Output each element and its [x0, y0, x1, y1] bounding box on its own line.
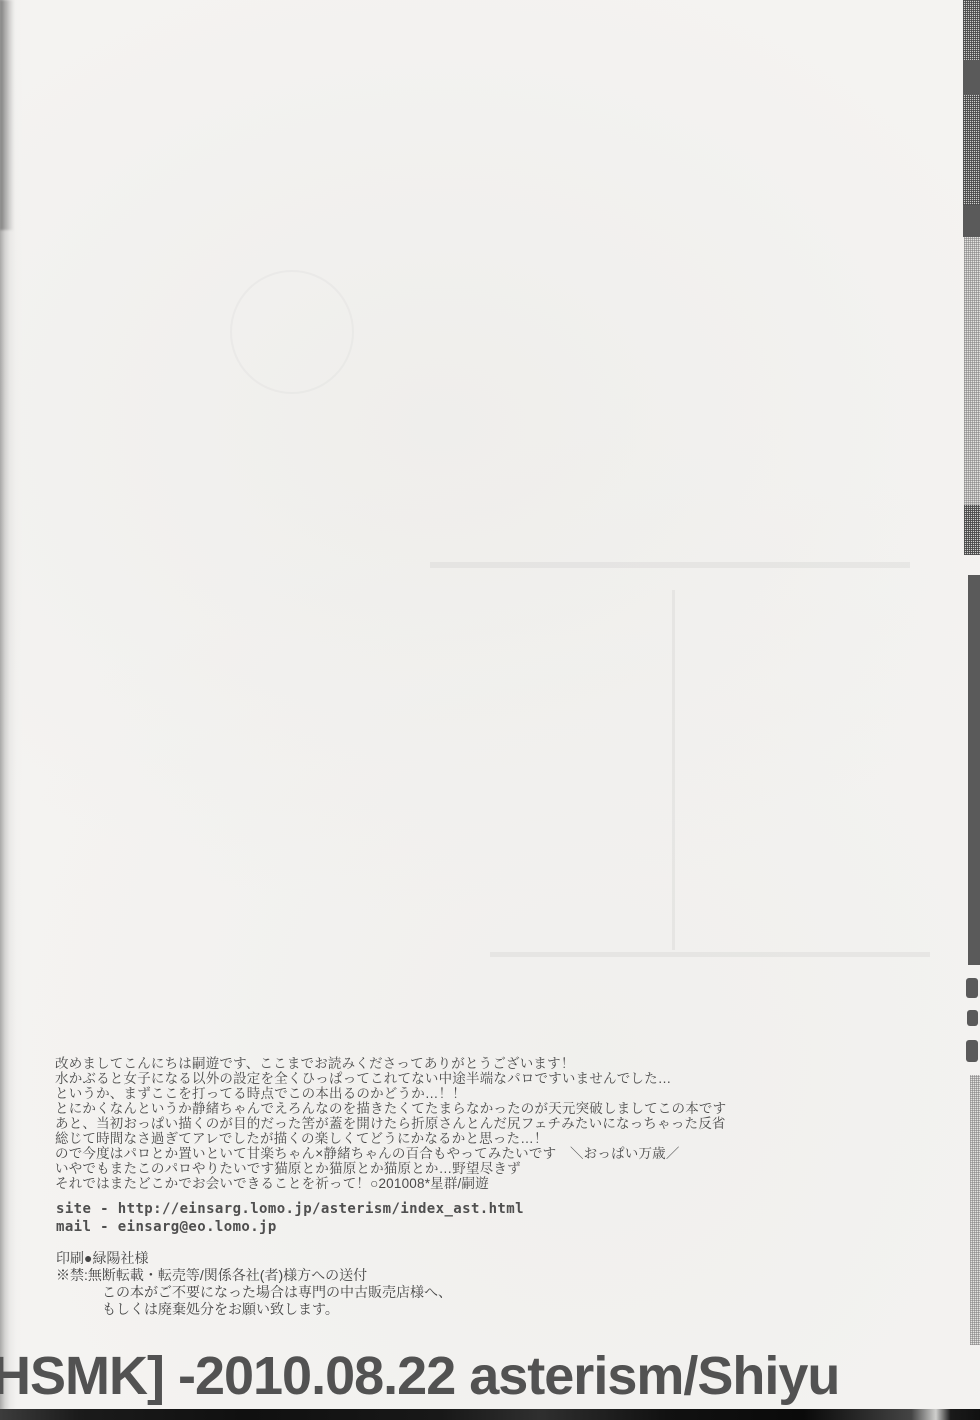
showthrough-ghost: [430, 562, 910, 568]
scan-edge-artifact: [963, 205, 980, 237]
bottom-page-edge: [0, 1409, 980, 1420]
colophon-block: 印刷●緑陽社様 ※禁:無断転載・転売等/関係各社(者)様方への送付 この本がご不…: [56, 1250, 452, 1318]
scan-edge-artifact: [970, 1075, 980, 1345]
printer-line: 印刷●緑陽社様: [56, 1250, 452, 1267]
notice-line: ※禁:無断転載・転売等/関係各社(者)様方への送付: [56, 1267, 452, 1284]
scan-edge-artifact: [966, 978, 978, 998]
scan-edge-artifact: [963, 0, 980, 205]
scan-gutter-shadow-top: [0, 0, 14, 230]
scan-edge-artifact: [964, 505, 980, 555]
afterword-line: あと、当初おっぱい描くのが目的だった筈が蓋を開けたら折原さんとんだ尻フェチみたい…: [55, 1116, 835, 1131]
footer-banner: HSMK] -2010.08.22 asterism/Shiyu: [0, 1346, 980, 1408]
afterword-line: いやでもまたこのパロやりたいです猫原とか猫原とか猫原とか…野望尽きず: [55, 1161, 835, 1176]
scan-edge-artifact: [968, 575, 980, 965]
scanned-page: 改めましてこんにちは嗣遊です、ここまでお読みくださってありがとうございます！ 水…: [0, 0, 980, 1420]
notice-line: もしくは廃棄処分をお願い致します。: [56, 1301, 452, 1318]
scan-edge-artifact: [963, 60, 980, 95]
showthrough-ghost: [672, 590, 675, 950]
afterword-line: 水かぶると女子になる以外の設定を全くひっぱってこれてない中途半端なパロですいませ…: [55, 1071, 835, 1086]
mail-line: mail - einsarg@eo.lomo.jp: [56, 1218, 524, 1236]
afterword-line: 総じて時間なさ過ぎてアレでしたが描くの楽しくてどうにかなるかと思った…！: [55, 1131, 835, 1146]
scan-edge-artifact: [966, 1040, 978, 1062]
notice-line: この本がご不要になった場合は専門の中古販売店様へ、: [56, 1284, 452, 1301]
afterword-line: とにかくなんというか静緒ちゃんでえろんなのを描きたくてたまらなかったのが天元突破…: [55, 1101, 835, 1116]
contact-block: site - http://einsarg.lomo.jp/asterism/i…: [56, 1200, 524, 1236]
showthrough-ghost: [490, 952, 930, 957]
scan-edge-artifact: [964, 237, 980, 505]
afterword-line: というか、まずここを打ってる時点でこの本出るのかどうか…！！: [55, 1086, 835, 1101]
scan-edge-artifact: [967, 1010, 978, 1026]
site-line: site - http://einsarg.lomo.jp/asterism/i…: [56, 1200, 524, 1218]
afterword-line: それではまたどこかでお会いできることを祈って！○201008*星群/嗣遊: [55, 1176, 835, 1191]
showthrough-ghost: [230, 270, 354, 394]
afterword-text: 改めましてこんにちは嗣遊です、ここまでお読みくださってありがとうございます！ 水…: [55, 1056, 835, 1191]
afterword-line: 改めましてこんにちは嗣遊です、ここまでお読みくださってありがとうございます！: [55, 1056, 835, 1071]
afterword-line: ので今度はパロとか置いといて甘楽ちゃん×静緒ちゃんの百合もやってみたいです ＼お…: [55, 1146, 835, 1161]
